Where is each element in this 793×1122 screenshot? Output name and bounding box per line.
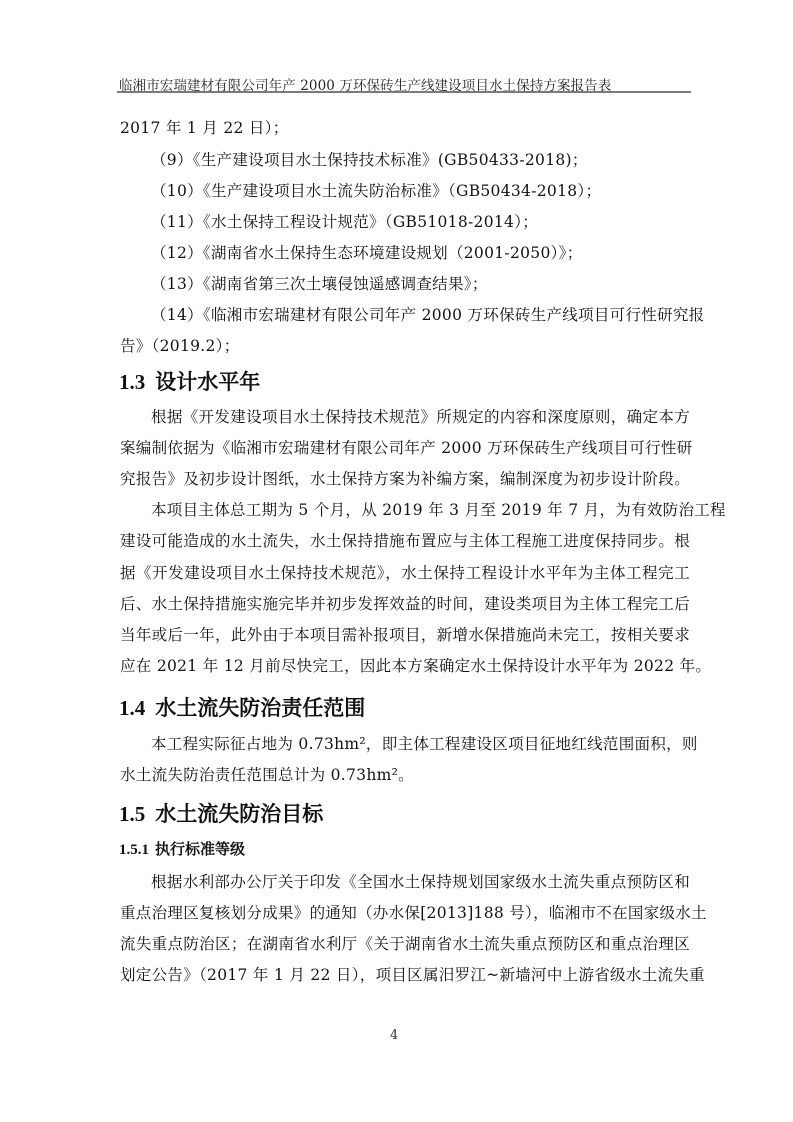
reference-item-14-wrap: 告》（2019.2）； [120, 336, 690, 356]
reference-item-11: （11）《水土保持工程设计规范》（GB51018-2014）； [151, 212, 690, 232]
subsection-heading-1-5-1: 1.5.1执行标准等级 [119, 838, 245, 859]
paragraph-line: 根据水利部办公厅关于印发《全国水土保持规划国家级水土流失重点预防区和 [151, 872, 690, 892]
paragraph-line: 根据《开发建设项目水土保持技术规范》所规定的内容和深度原则，确定本方 [151, 407, 690, 427]
reference-item-14: （14）《临湘市宏瑞建材有限公司年产 2000 万环保砖生产线项目可行性研究报 [151, 305, 690, 325]
section-title: 设计水平年 [155, 370, 260, 394]
document-page: 临湘市宏瑞建材有限公司年产 2000 万环保砖生产线建设项目水土保持方案报告表 … [0, 0, 793, 1122]
paragraph-line: 重点治理区复核划分成果》的通知（办水保[2013]188 号），临湘市不在国家级… [120, 903, 690, 923]
page-number: 4 [390, 1028, 398, 1043]
paragraph-line: 流失重点防治区；在湖南省水利厅《关于湖南省水土流失重点预防区和重点治理区 [120, 934, 690, 954]
reference-item-13: （13）《湖南省第三次土壤侵蚀遥感调查结果》； [151, 274, 690, 294]
paragraph-line: 划定公告》（2017 年 1 月 22 日），项目区属汨罗江~新墙河中上游省级水… [120, 965, 690, 985]
reference-item-9: （9）《生产建设项目水土保持技术标准》(GB50433-2018)； [151, 150, 690, 170]
section-number: 1.5 [119, 802, 145, 826]
paragraph-line: 据《开发建设项目水土保持技术规范》，水土保持工程设计水平年为主体工程完工 [120, 563, 690, 583]
paragraph-line: 水土流失防治责任范围总计为 0.73hm²。 [120, 765, 690, 785]
section-number: 1.3 [119, 370, 145, 394]
reference-item-10: （10）《生产建设项目水土流失防治标准》（GB50434-2018）； [151, 181, 690, 201]
paragraph-line: 后、水土保持措施实施完毕并初步发挥效益的时间，建设类项目为主体工程完工后 [120, 594, 690, 614]
section-heading-1-3: 1.3设计水平年 [119, 366, 260, 396]
paragraph-line: 本工程实际征占地为 0.73hm²，即主体工程建设区项目征地红线范围面积，则 [151, 734, 690, 754]
reference-continued-line: 2017 年 1 月 22 日）； [120, 118, 690, 138]
paragraph-line: 究报告》及初步设计图纸，水土保持方案为补编方案，编制深度为初步设计阶段。 [120, 469, 690, 489]
header-divider [117, 91, 691, 93]
paragraph-line: 建设可能造成的水土流失，水土保持措施布置应与主体工程施工进度保持同步。根 [120, 531, 690, 551]
reference-item-12: （12）《湖南省水土保持生态环境建设规划（2001-2050）》； [151, 243, 690, 263]
paragraph-line: 应在 2021 年 12 月前尽快完工，因此本方案确定水土保持设计水平年为 20… [120, 656, 690, 676]
paragraph-line: 当年或后一年，此外由于本项目需补报项目，新增水保措施尚未完工，按相关要求 [120, 625, 690, 645]
paragraph-line: 本项目主体总工期为 5 个月，从 2019 年 3 月至 2019 年 7 月，… [151, 500, 690, 520]
subsection-title: 执行标准等级 [155, 840, 245, 858]
paragraph-line: 案编制依据为《临湘市宏瑞建材有限公司年产 2000 万环保砖生产线项目可行性研 [120, 438, 690, 458]
section-title: 水土流失防治目标 [155, 802, 323, 826]
subsection-number: 1.5.1 [119, 842, 149, 858]
section-number: 1.4 [119, 696, 145, 720]
section-title: 水土流失防治责任范围 [155, 696, 365, 720]
section-heading-1-5: 1.5水土流失防治目标 [119, 798, 323, 828]
section-heading-1-4: 1.4水土流失防治责任范围 [119, 692, 365, 722]
